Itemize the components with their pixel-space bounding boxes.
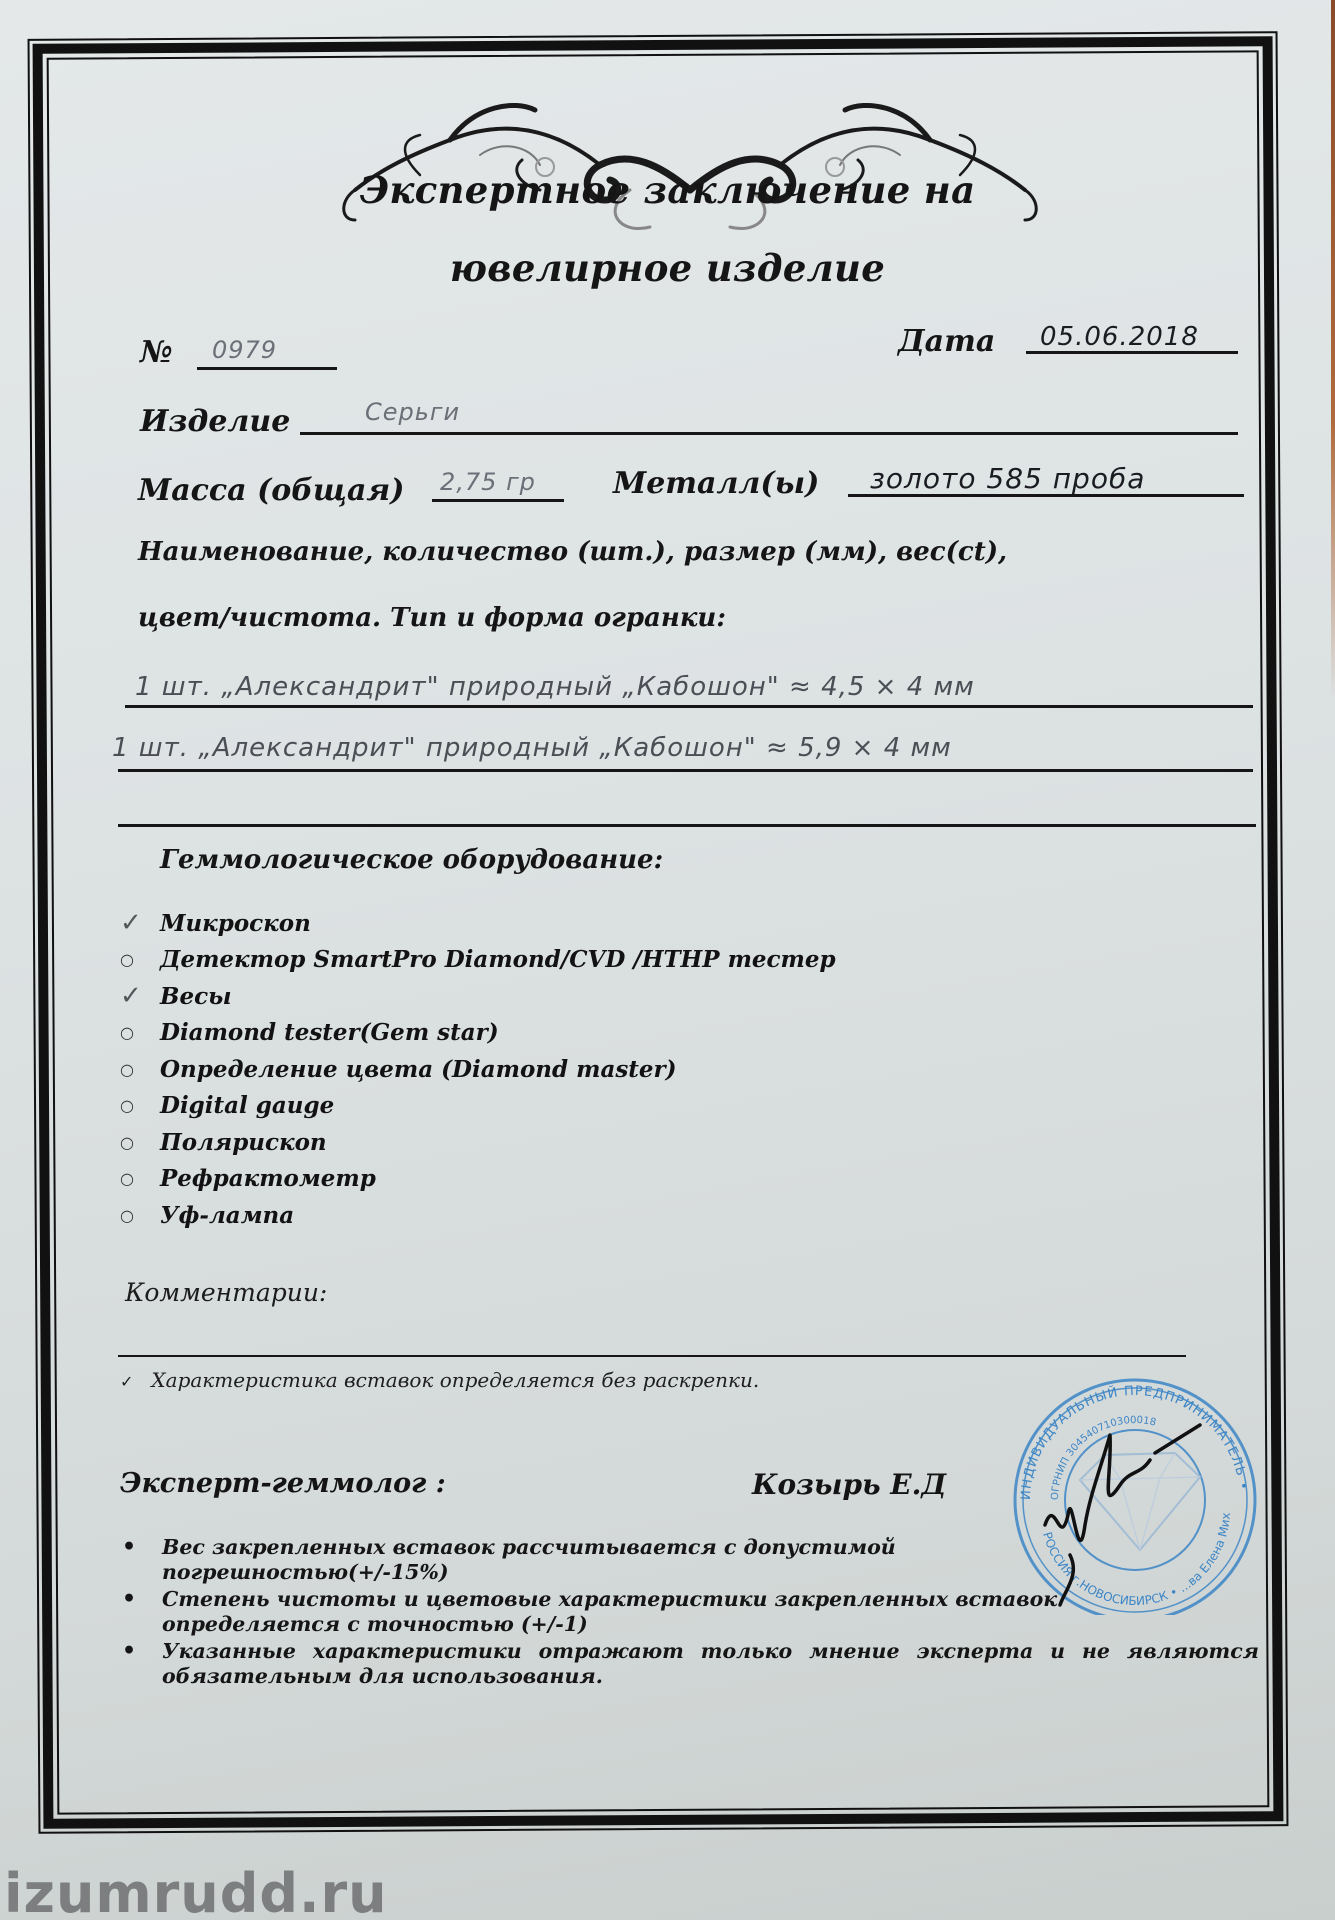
equipment-item-diamond-tester[interactable]: ○Diamond tester(Gem star) (120, 1015, 836, 1052)
document-title-line-1: Экспертное заключение на (0, 168, 1335, 212)
date-value: 05.06.2018 (1040, 322, 1199, 352)
description-underline-3 (118, 824, 1256, 827)
checked-box-icon[interactable]: ✓ (120, 908, 160, 938)
comments-note: ✓Характеристика вставок определяется без… (120, 1368, 759, 1392)
expert-label: Эксперт-геммолог : (120, 1468, 446, 1499)
unchecked-circle-icon[interactable]: ○ (120, 1206, 160, 1225)
description-label-line-1: Наименование, количество (шт.), размер (… (138, 537, 1007, 567)
comments-label: Комментарии: (125, 1278, 327, 1307)
description-line-1: 1 шт. „Александрит" природный „Кабошон" … (135, 672, 975, 702)
item-underline (300, 432, 1238, 435)
document-title-line-2: ювелирное изделие (0, 246, 1335, 290)
unchecked-circle-icon[interactable]: ○ (120, 1023, 160, 1042)
unchecked-circle-icon[interactable]: ○ (120, 1169, 160, 1188)
stamp-outer-text: ИНДИВИДУАЛЬНЫЙ ПРЕДПРИНИМАТЕЛЬ • ИНН 540… (1000, 1375, 1251, 1500)
comments-underline (118, 1355, 1186, 1357)
svg-text:ИНДИВИДУАЛЬНЫЙ ПРЕДПРИНИМАТЕЛЬ: ИНДИВИДУАЛЬНЫЙ ПРЕДПРИНИМАТЕЛЬ • ИНН 540… (1000, 1375, 1251, 1500)
checked-box-icon[interactable]: ✓ (120, 981, 160, 1011)
disclaimer-item: Вес закрепленных вставок рассчитывается … (120, 1535, 1032, 1585)
disclaimer-list: Вес закрепленных вставок рассчитывается … (120, 1535, 1265, 1691)
date-underline (1026, 351, 1238, 354)
equipment-checklist: ✓Микроскоп ○Детектор SmartPro Diamond/CV… (120, 905, 836, 1234)
metal-underline (848, 494, 1244, 497)
expert-name: Козырь Е.Д (752, 1468, 946, 1501)
equipment-item-refractometer[interactable]: ○Рефрактометр (120, 1161, 836, 1198)
checkmark-icon: ✓ (120, 1372, 133, 1391)
mass-value: 2,75 гр (440, 468, 536, 496)
unchecked-circle-icon[interactable]: ○ (120, 1096, 160, 1115)
date-label: Дата (898, 324, 995, 359)
description-line-2: 1 шт. „Александрит" природный „Кабошон" … (112, 733, 952, 763)
equipment-item-uv-lamp[interactable]: ○Уф-лампа (120, 1197, 836, 1234)
metal-label: Металл(ы) (613, 466, 819, 501)
unchecked-circle-icon[interactable]: ○ (120, 1060, 160, 1079)
equipment-item-polariscope[interactable]: ○Полярископ (120, 1124, 836, 1161)
equipment-item-color-detection[interactable]: ○Определение цвета (Diamond master) (120, 1051, 836, 1088)
equipment-heading: Геммологическое оборудование: (160, 845, 663, 875)
equipment-item-smartpro-detector[interactable]: ○Детектор SmartPro Diamond/CVD /HTHP тес… (120, 942, 836, 979)
item-label: Изделие (140, 404, 290, 439)
mass-underline (432, 499, 564, 502)
disclaimer-item: Указанные характеристики отражают только… (120, 1639, 1265, 1689)
paper-edge-shadow (1331, 0, 1335, 700)
mass-label: Масса (общая) (138, 473, 404, 508)
description-underline-1 (125, 705, 1253, 708)
equipment-item-scales[interactable]: ✓Весы (120, 978, 836, 1015)
equipment-item-digital-gauge[interactable]: ○Digital gauge (120, 1088, 836, 1125)
site-watermark: izumrudd.ru (4, 1862, 388, 1920)
item-value: Серьги (365, 398, 460, 426)
number-value: 0979 (212, 336, 277, 364)
metal-value: золото 585 проба (870, 462, 1145, 495)
description-label-line-2: цвет/чистота. Тип и форма огранки: (138, 603, 726, 633)
number-label: № (140, 335, 173, 370)
disclaimer-item: Степень чистоты и цветовые характеристик… (120, 1587, 1172, 1637)
equipment-item-microscope[interactable]: ✓Микроскоп (120, 905, 836, 942)
number-underline (197, 367, 337, 370)
unchecked-circle-icon[interactable]: ○ (120, 1133, 160, 1152)
unchecked-circle-icon[interactable]: ○ (120, 950, 160, 969)
description-underline-2 (118, 769, 1253, 772)
